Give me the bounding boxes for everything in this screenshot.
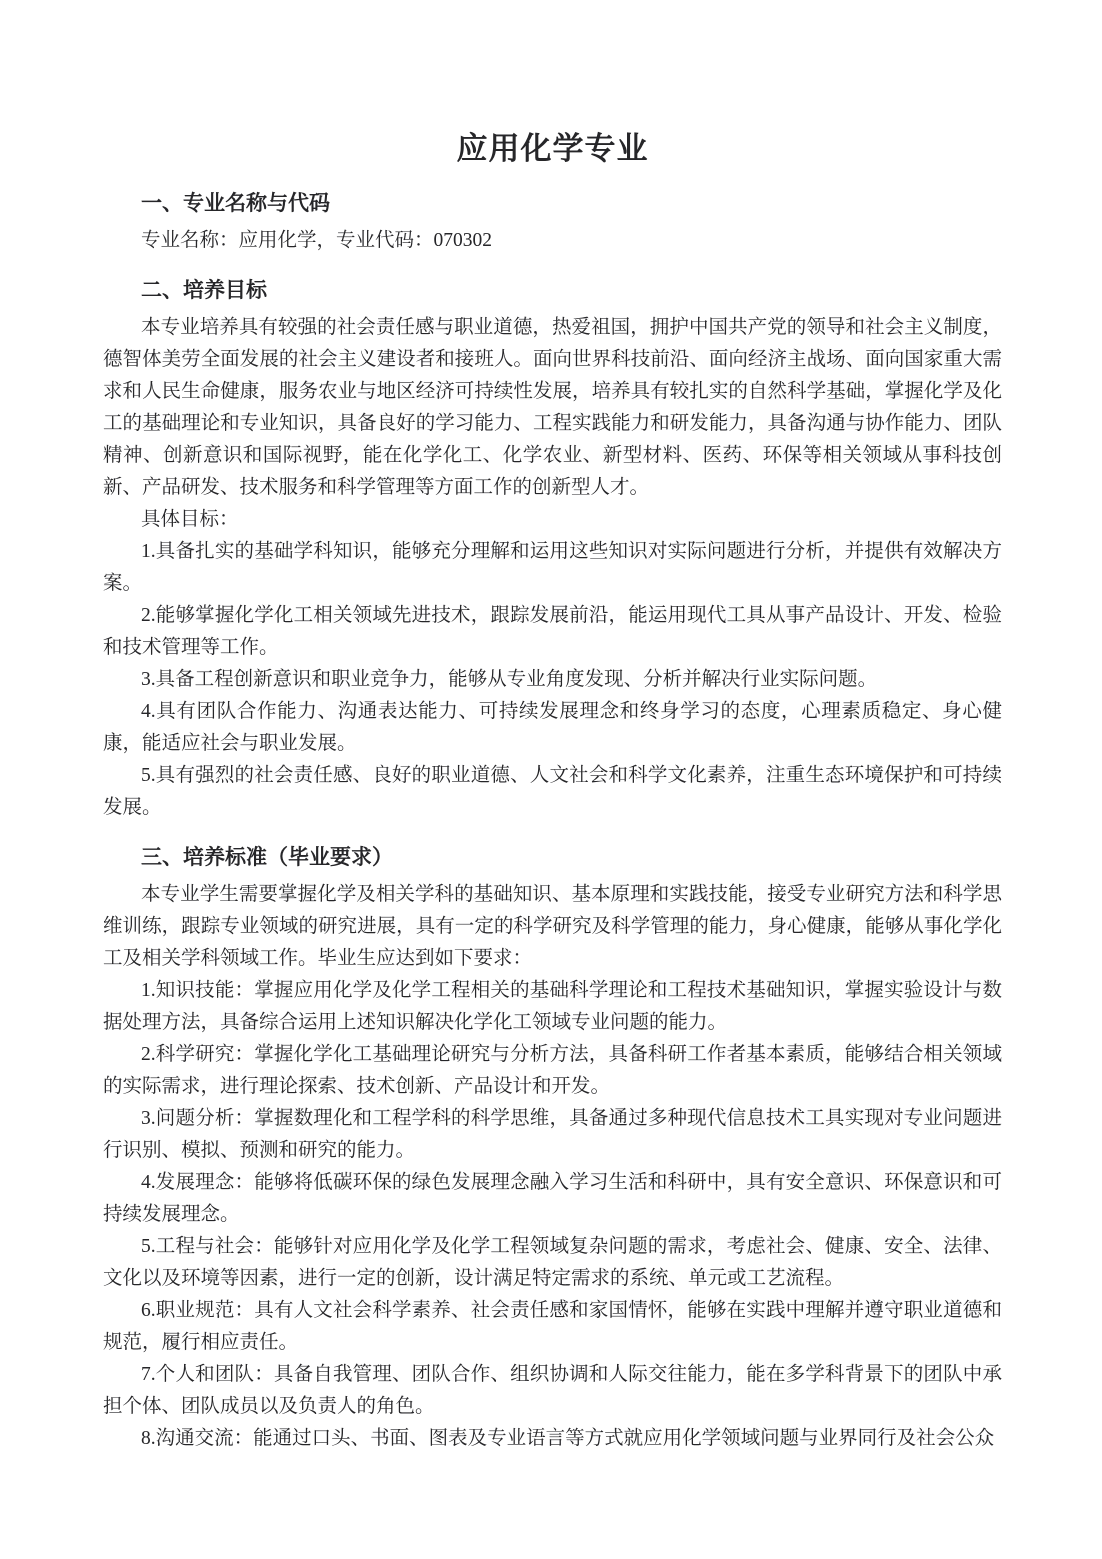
paragraph: 5.具有强烈的社会责任感、良好的职业道德、人文社会和科学文化素养，注重生态环境保… xyxy=(103,760,1002,824)
paragraph: 本专业学生需要掌握化学及相关学科的基础知识、基本原理和实践技能，接受专业研究方法… xyxy=(103,879,1002,975)
paragraph: 本专业培养具有较强的社会责任感与职业道德，热爱祖国，拥护中国共产党的领导和社会主… xyxy=(103,312,1002,504)
section-heading-training-objectives: 二、培养目标 xyxy=(103,276,1002,304)
paragraph: 4.具有团队合作能力、沟通表达能力、可持续发展理念和终身学习的态度，心理素质稳定… xyxy=(103,696,1002,760)
section-heading-graduation-requirements: 三、培养标准（毕业要求） xyxy=(103,843,1002,871)
page-title: 应用化学专业 xyxy=(103,128,1002,170)
paragraph: 6.职业规范：具有人文社会科学素养、社会责任感和家国情怀，能够在实践中理解并遵守… xyxy=(103,1295,1002,1359)
document-page: 应用化学专业 一、专业名称与代码 专业名称：应用化学，专业代码：070302 二… xyxy=(0,0,1102,1455)
paragraph: 1.具备扎实的基础学科知识，能够充分理解和运用这些知识对实际问题进行分析，并提供… xyxy=(103,536,1002,600)
paragraph: 3.具备工程创新意识和职业竞争力，能够从专业角度发现、分析并解决行业实际问题。 xyxy=(103,664,1002,696)
paragraph: 3.问题分析：掌握数理化和工程学科的科学思维，具备通过多种现代信息技术工具实现对… xyxy=(103,1103,1002,1167)
section-heading-major-name-code: 一、专业名称与代码 xyxy=(103,189,1002,217)
paragraph: 2.科学研究：掌握化学化工基础理论研究与分析方法，具备科研工作者基本素质，能够结… xyxy=(103,1039,1002,1103)
paragraph: 5.工程与社会：能够针对应用化学及化学工程领域复杂问题的需求，考虑社会、健康、安… xyxy=(103,1231,1002,1295)
paragraph: 7.个人和团队：具备自我管理、团队合作、组织协调和人际交往能力，能在多学科背景下… xyxy=(103,1359,1002,1423)
paragraph: 专业名称：应用化学，专业代码：070302 xyxy=(103,225,1002,257)
paragraph: 具体目标： xyxy=(103,504,1002,536)
paragraph: 2.能够掌握化学化工相关领域先进技术，跟踪发展前沿，能运用现代工具从事产品设计、… xyxy=(103,600,1002,664)
paragraph: 1.知识技能：掌握应用化学及化学工程相关的基础科学理论和工程技术基础知识，掌握实… xyxy=(103,975,1002,1039)
paragraph: 4.发展理念：能够将低碳环保的绿色发展理念融入学习生活和科研中，具有安全意识、环… xyxy=(103,1167,1002,1231)
paragraph: 8.沟通交流：能通过口头、书面、图表及专业语言等方式就应用化学领域问题与业界同行… xyxy=(103,1423,1002,1455)
